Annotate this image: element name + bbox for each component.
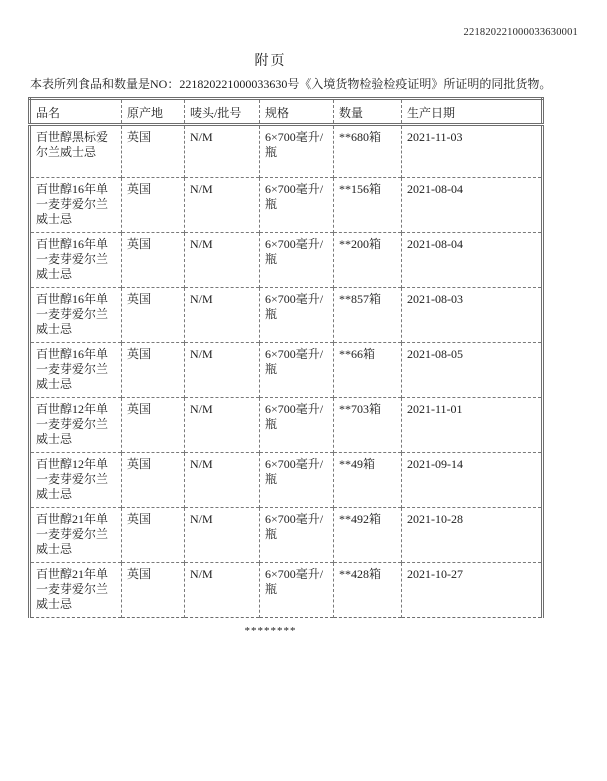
column-header-origin: 原产地 — [122, 99, 185, 125]
table-row: 百世醇16年单一麦芽爱尔兰威士忌英国N/M6×700毫升/瓶**156箱2021… — [30, 178, 543, 233]
goods-table-head: 品名原产地唛头/批号规格数量生产日期 — [30, 99, 543, 125]
cell-origin: 英国 — [122, 178, 185, 233]
cell-date: 2021-11-01 — [402, 398, 543, 453]
cell-name: 百世醇21年单一麦芽爱尔兰威士忌 — [30, 508, 122, 563]
cell-spec: 6×700毫升/瓶 — [260, 453, 334, 508]
cell-qty: **428箱 — [334, 563, 402, 618]
cell-origin: 英国 — [122, 343, 185, 398]
cell-name: 百世醇16年单一麦芽爱尔兰威士忌 — [30, 178, 122, 233]
cell-mark: N/M — [185, 288, 260, 343]
cell-name: 百世醇16年单一麦芽爱尔兰威士忌 — [30, 343, 122, 398]
column-header-name: 品名 — [30, 99, 122, 125]
cell-origin: 英国 — [122, 453, 185, 508]
cell-date: 2021-10-27 — [402, 563, 543, 618]
cell-spec: 6×700毫升/瓶 — [260, 125, 334, 178]
cell-mark: N/M — [185, 343, 260, 398]
cell-name: 百世醇12年单一麦芽爱尔兰威士忌 — [30, 453, 122, 508]
column-header-date: 生产日期 — [402, 99, 543, 125]
cell-mark: N/M — [185, 178, 260, 233]
cell-date: 2021-08-05 — [402, 343, 543, 398]
cell-qty: **680箱 — [334, 125, 402, 178]
table-row: 百世醇黑标爱尔兰威士忌英国N/M6×700毫升/瓶**680箱2021-11-0… — [30, 125, 543, 178]
cell-name: 百世醇16年单一麦芽爱尔兰威士忌 — [30, 288, 122, 343]
cell-spec: 6×700毫升/瓶 — [260, 508, 334, 563]
column-header-mark: 唛头/批号 — [185, 99, 260, 125]
cell-spec: 6×700毫升/瓶 — [260, 233, 334, 288]
cell-date: 2021-10-28 — [402, 508, 543, 563]
cell-date: 2021-08-03 — [402, 288, 543, 343]
cell-date: 2021-11-03 — [402, 125, 543, 178]
cell-origin: 英国 — [122, 288, 185, 343]
cell-mark: N/M — [185, 563, 260, 618]
cell-mark: N/M — [185, 508, 260, 563]
cell-spec: 6×700毫升/瓶 — [260, 398, 334, 453]
cell-spec: 6×700毫升/瓶 — [260, 343, 334, 398]
cell-mark: N/M — [185, 453, 260, 508]
cell-date: 2021-08-04 — [402, 233, 543, 288]
cell-qty: **66箱 — [334, 343, 402, 398]
cell-name: 百世醇黑标爱尔兰威士忌 — [30, 125, 122, 178]
table-row: 百世醇16年单一麦芽爱尔兰威士忌英国N/M6×700毫升/瓶**857箱2021… — [30, 288, 543, 343]
cell-mark: N/M — [185, 233, 260, 288]
cell-spec: 6×700毫升/瓶 — [260, 288, 334, 343]
cell-qty: **200箱 — [334, 233, 402, 288]
footer-asterisks: ******** — [0, 625, 541, 637]
cell-name: 百世醇12年单一麦芽爱尔兰威士忌 — [30, 398, 122, 453]
column-header-spec: 规格 — [260, 99, 334, 125]
page-title: 附页 — [0, 50, 541, 70]
table-row: 百世醇12年单一麦芽爱尔兰威士忌英国N/M6×700毫升/瓶**49箱2021-… — [30, 453, 543, 508]
cell-qty: **49箱 — [334, 453, 402, 508]
cell-date: 2021-09-14 — [402, 453, 543, 508]
cell-origin: 英国 — [122, 125, 185, 178]
goods-table-body: 百世醇黑标爱尔兰威士忌英国N/M6×700毫升/瓶**680箱2021-11-0… — [30, 125, 543, 618]
cell-origin: 英国 — [122, 508, 185, 563]
cell-qty: **156箱 — [334, 178, 402, 233]
cell-qty: **492箱 — [334, 508, 402, 563]
table-row: 百世醇12年单一麦芽爱尔兰威士忌英国N/M6×700毫升/瓶**703箱2021… — [30, 398, 543, 453]
cell-origin: 英国 — [122, 398, 185, 453]
table-row: 百世醇21年单一麦芽爱尔兰威士忌英国N/M6×700毫升/瓶**492箱2021… — [30, 508, 543, 563]
cell-origin: 英国 — [122, 563, 185, 618]
cell-spec: 6×700毫升/瓶 — [260, 178, 334, 233]
cell-mark: N/M — [185, 125, 260, 178]
goods-table: 品名原产地唛头/批号规格数量生产日期 百世醇黑标爱尔兰威士忌英国N/M6×700… — [28, 97, 544, 618]
cell-mark: N/M — [185, 398, 260, 453]
cell-origin: 英国 — [122, 233, 185, 288]
cell-qty: **857箱 — [334, 288, 402, 343]
column-header-qty: 数量 — [334, 99, 402, 125]
document-number: 221820221000033630001 — [464, 27, 578, 38]
cell-date: 2021-08-04 — [402, 178, 543, 233]
cell-spec: 6×700毫升/瓶 — [260, 563, 334, 618]
table-row: 百世醇21年单一麦芽爱尔兰威士忌英国N/M6×700毫升/瓶**428箱2021… — [30, 563, 543, 618]
cell-name: 百世醇16年单一麦芽爱尔兰威士忌 — [30, 233, 122, 288]
table-header-row: 品名原产地唛头/批号规格数量生产日期 — [30, 99, 543, 125]
table-row: 百世醇16年单一麦芽爱尔兰威士忌英国N/M6×700毫升/瓶**66箱2021-… — [30, 343, 543, 398]
intro-text: 本表所列食品和数量是NO：221820221000033630号《入境货物检验检… — [30, 77, 590, 92]
cell-name: 百世醇21年单一麦芽爱尔兰威士忌 — [30, 563, 122, 618]
table-row: 百世醇16年单一麦芽爱尔兰威士忌英国N/M6×700毫升/瓶**200箱2021… — [30, 233, 543, 288]
cell-qty: **703箱 — [334, 398, 402, 453]
